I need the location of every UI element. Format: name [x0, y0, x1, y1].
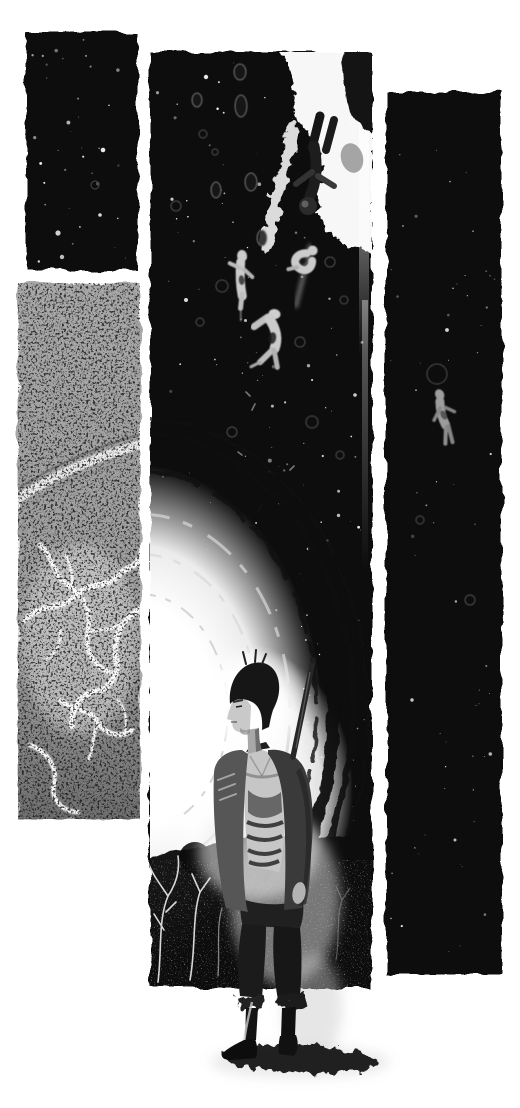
- star: [71, 131, 72, 132]
- star: [78, 117, 79, 118]
- star: [255, 522, 257, 524]
- star: [303, 485, 304, 486]
- star: [117, 164, 119, 166]
- star: [114, 247, 115, 248]
- bubble-drop: [245, 173, 257, 191]
- star: [350, 521, 351, 522]
- bubble-drop: [257, 230, 267, 246]
- star: [98, 148, 99, 149]
- star: [484, 756, 485, 757]
- star: [54, 49, 58, 53]
- panel-left-content: [16, 283, 142, 819]
- star: [331, 328, 332, 329]
- star: [489, 752, 493, 756]
- star: [445, 766, 446, 767]
- star: [460, 864, 461, 865]
- star: [46, 63, 48, 65]
- star: [474, 821, 475, 822]
- star: [81, 147, 82, 148]
- star: [79, 226, 81, 228]
- star: [307, 364, 310, 367]
- star: [233, 63, 234, 64]
- star: [477, 352, 478, 353]
- star: [179, 363, 181, 365]
- star: [31, 54, 33, 56]
- star: [467, 295, 468, 296]
- star: [425, 504, 427, 506]
- star: [264, 97, 266, 99]
- star: [108, 105, 110, 107]
- star: [64, 169, 66, 171]
- star: [33, 136, 36, 139]
- star: [473, 789, 474, 790]
- star: [43, 182, 45, 184]
- star: [390, 918, 392, 920]
- star: [257, 182, 261, 186]
- star: [223, 164, 225, 166]
- star: [116, 68, 119, 71]
- star: [58, 150, 59, 151]
- star: [416, 492, 418, 494]
- star: [391, 269, 392, 270]
- star: [85, 55, 87, 57]
- star: [83, 39, 85, 41]
- star: [328, 298, 330, 300]
- star: [436, 150, 437, 151]
- star: [390, 360, 391, 361]
- star: [209, 144, 211, 146]
- grain-overlay-fine: [18, 283, 140, 819]
- star: [331, 411, 332, 412]
- star: [391, 872, 393, 874]
- star: [232, 222, 233, 223]
- star: [415, 555, 416, 556]
- star: [411, 535, 414, 538]
- star: [350, 436, 352, 438]
- star: [269, 427, 270, 428]
- star: [462, 866, 463, 867]
- star: [286, 463, 288, 465]
- star: [336, 354, 338, 356]
- star: [485, 270, 487, 272]
- star: [489, 693, 490, 694]
- star: [242, 372, 243, 373]
- star: [174, 116, 177, 119]
- star: [337, 490, 340, 493]
- panel-top-left: [26, 32, 138, 270]
- star: [402, 225, 404, 227]
- panel-right-strip: [386, 92, 502, 974]
- star: [72, 243, 74, 245]
- bright-star: [98, 213, 102, 217]
- star: [490, 453, 492, 455]
- star: [475, 705, 476, 706]
- star: [414, 215, 417, 218]
- star: [399, 154, 400, 155]
- bright-star: [60, 255, 64, 259]
- star: [271, 447, 272, 448]
- star: [62, 58, 64, 60]
- panel-top-left-ink: [26, 32, 138, 270]
- star: [418, 853, 419, 854]
- star: [337, 514, 340, 517]
- star: [364, 719, 365, 720]
- right-shin: [281, 1007, 296, 1037]
- star: [465, 275, 466, 276]
- star: [66, 121, 70, 125]
- star: [91, 172, 93, 174]
- star: [317, 643, 318, 644]
- star: [311, 379, 313, 381]
- star: [247, 362, 248, 363]
- star: [198, 289, 199, 290]
- star: [486, 306, 488, 308]
- star: [117, 218, 119, 220]
- star: [320, 521, 322, 523]
- star: [44, 204, 46, 206]
- star: [187, 216, 189, 218]
- star: [268, 459, 272, 463]
- star: [256, 352, 257, 353]
- star: [271, 405, 274, 408]
- star: [460, 945, 461, 946]
- star: [455, 600, 457, 602]
- star: [474, 524, 475, 525]
- star: [444, 788, 445, 789]
- eye: [236, 706, 242, 707]
- star: [466, 172, 467, 173]
- star: [216, 107, 219, 110]
- bright-star: [55, 230, 60, 235]
- star: [325, 407, 326, 408]
- bright-star: [184, 298, 188, 302]
- right-leg: [273, 926, 301, 1000]
- left-boot: [222, 1039, 257, 1060]
- panel-left-texture: [16, 283, 142, 819]
- star: [240, 337, 242, 339]
- star: [189, 473, 190, 474]
- star: [453, 484, 454, 485]
- bubble-drop: [211, 182, 221, 198]
- star: [176, 103, 178, 105]
- bright-star: [353, 393, 357, 397]
- star: [484, 913, 487, 916]
- star: [90, 66, 92, 68]
- star: [489, 275, 491, 277]
- star: [283, 469, 285, 471]
- star: [247, 247, 248, 248]
- star: [304, 237, 306, 239]
- star: [448, 360, 449, 361]
- comic-page: Monochrome comic page: bodies fall throu…: [0, 0, 520, 1108]
- bright-star: [445, 328, 449, 332]
- star: [262, 375, 263, 376]
- star: [82, 156, 84, 158]
- star: [303, 443, 304, 444]
- star: [39, 162, 42, 165]
- bright-star: [101, 148, 106, 153]
- star: [224, 193, 226, 195]
- star: [446, 741, 447, 742]
- star: [456, 283, 457, 284]
- star: [452, 288, 453, 289]
- star: [355, 786, 356, 787]
- star: [223, 112, 225, 114]
- star: [46, 77, 47, 78]
- star: [222, 203, 223, 204]
- star: [42, 55, 44, 57]
- star: [472, 230, 474, 232]
- star: [225, 257, 226, 258]
- bubble-drop: [234, 64, 246, 80]
- star: [420, 363, 421, 364]
- bubble-drop: [192, 93, 202, 107]
- star: [295, 231, 298, 234]
- star: [472, 756, 473, 757]
- star: [186, 200, 187, 201]
- star: [479, 689, 480, 690]
- star: [245, 456, 246, 457]
- star: [257, 380, 258, 381]
- star: [193, 240, 195, 242]
- star: [401, 925, 403, 927]
- star: [168, 281, 169, 282]
- bubble-drop: [235, 95, 247, 117]
- star: [214, 359, 216, 361]
- star: [360, 530, 361, 531]
- star: [357, 526, 360, 529]
- right-boot: [279, 1035, 298, 1056]
- bright-star: [204, 75, 208, 79]
- star: [125, 258, 126, 259]
- star: [248, 277, 249, 278]
- star: [176, 218, 178, 220]
- star: [424, 834, 425, 835]
- edge-light-streak-faint: [362, 300, 368, 570]
- star: [216, 364, 217, 365]
- star: [481, 325, 482, 326]
- star: [177, 232, 178, 233]
- star: [479, 703, 480, 704]
- star: [436, 481, 437, 482]
- star: [77, 98, 79, 100]
- star: [449, 181, 451, 183]
- star: [485, 665, 487, 667]
- star: [448, 951, 449, 952]
- star: [38, 260, 40, 262]
- star: [69, 208, 70, 209]
- star: [447, 314, 450, 317]
- star: [396, 295, 399, 298]
- star: [322, 455, 324, 457]
- star: [433, 522, 434, 523]
- star: [317, 211, 319, 213]
- star: [357, 728, 359, 730]
- star: [256, 153, 257, 154]
- bright-star: [410, 698, 413, 701]
- left-leg: [238, 924, 266, 998]
- star: [244, 319, 247, 322]
- star: [354, 456, 356, 458]
- star: [415, 389, 417, 391]
- star: [275, 265, 276, 266]
- star: [278, 466, 279, 467]
- star: [156, 91, 159, 94]
- star: [170, 198, 173, 201]
- star: [319, 654, 320, 655]
- star: [218, 81, 220, 83]
- bright-star: [454, 839, 457, 842]
- star: [494, 278, 495, 279]
- star: [284, 401, 286, 403]
- comic-page-artwork: Monochrome comic page: bodies fall throu…: [0, 0, 520, 1108]
- panel-right-ink: [386, 92, 502, 974]
- star: [306, 614, 308, 616]
- star: [414, 847, 416, 849]
- star: [440, 733, 441, 734]
- star: [169, 390, 172, 393]
